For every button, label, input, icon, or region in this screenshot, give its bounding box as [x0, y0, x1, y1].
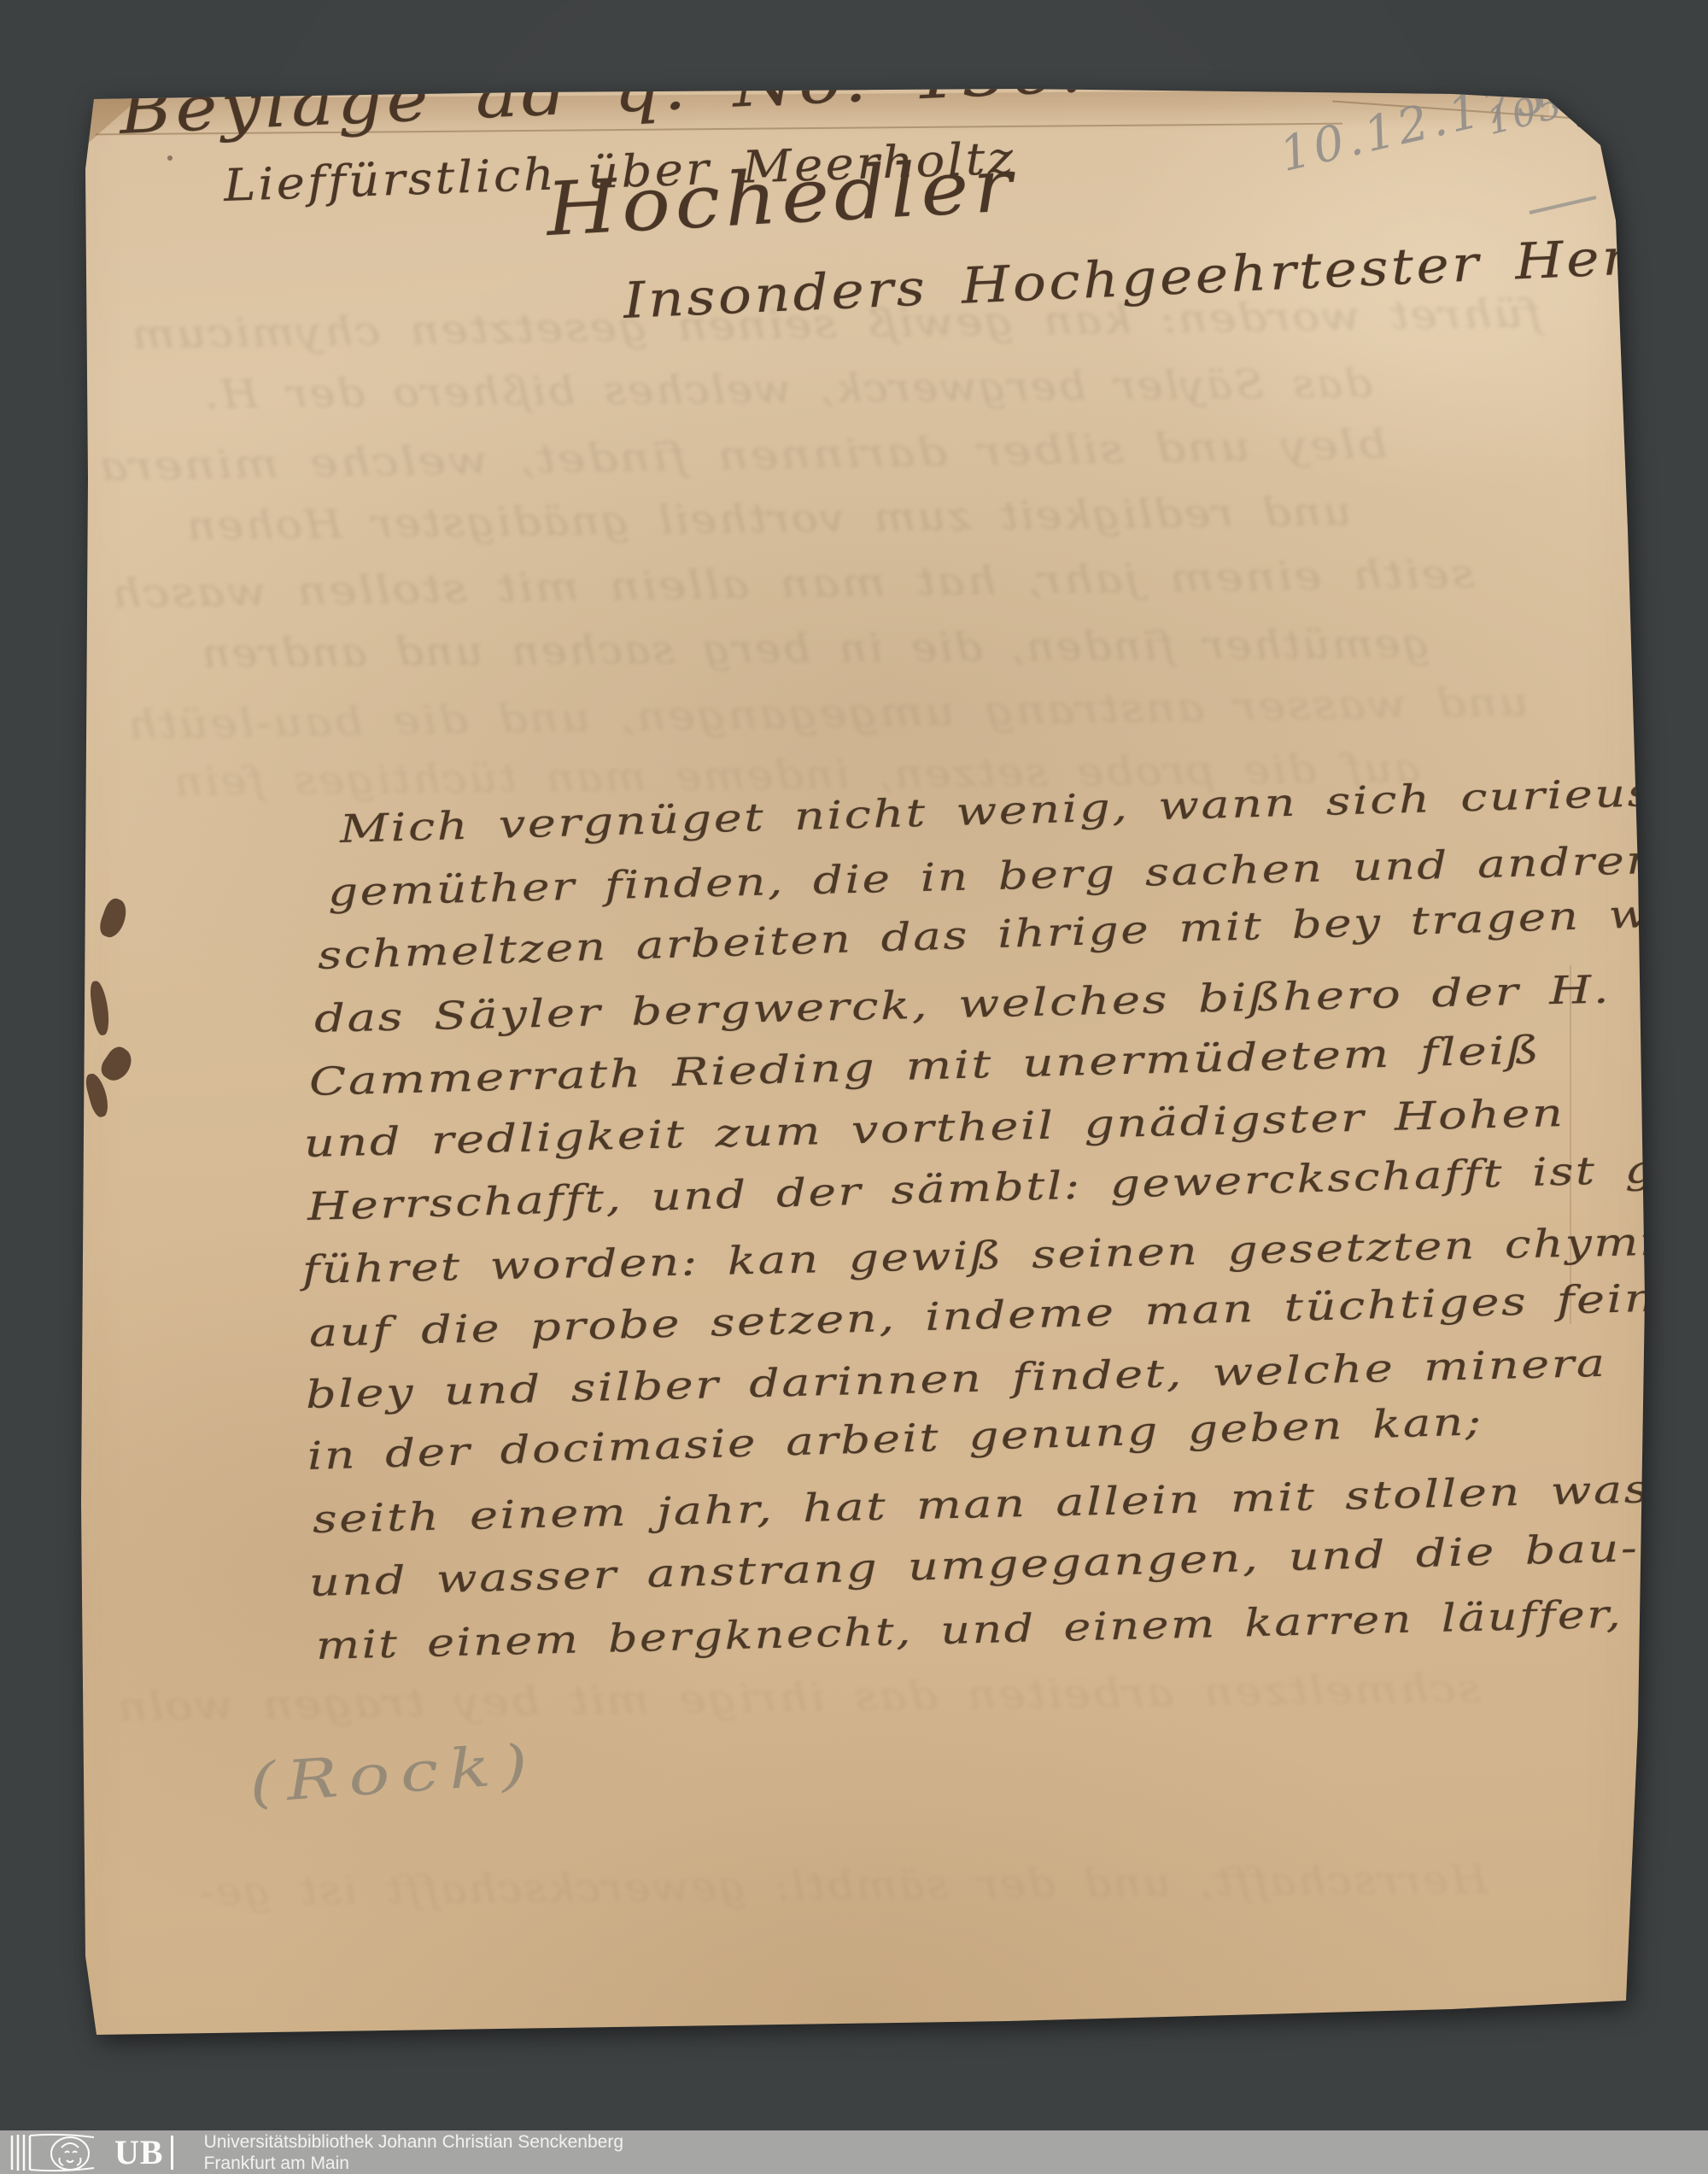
ub-logo-icon — [9, 2132, 111, 2173]
crease-line — [1570, 965, 1571, 1324]
bleedthrough-text: seith einem jahr, hat man allein mit sto… — [109, 550, 1476, 617]
library-name: Universitätsbibliothek Johann Christian … — [204, 2131, 623, 2153]
library-footer-bar: UB Universitätsbibliothek Johann Christi… — [0, 2130, 1708, 2174]
letter-body-line: mit einem bergknecht, und einem karren l… — [315, 1591, 1623, 1668]
bleedthrough-text: gemüther finden, die in berg sachen und … — [200, 620, 1430, 676]
bleedthrough-text: schmeltzen arbeiten das ihrige mit bey t… — [115, 1665, 1481, 1730]
bleedthrough-text: und wasser anstrang umgegangen, und die … — [125, 678, 1529, 747]
bleedthrough-text: das Säyler bergwerck, welches bißhero de… — [203, 360, 1372, 417]
letter-body-line: Cammerrath Rieding mit unermüdetem fleiß — [308, 1027, 1541, 1105]
ink-bleed-mark — [89, 980, 112, 1036]
ub-logo-text: UB — [114, 2136, 164, 2170]
bleedthrough-text: Herrschafft, und der sämbtl: gewerckscha… — [197, 1856, 1489, 1914]
logo-divider — [171, 2136, 173, 2170]
ink-speck — [167, 155, 173, 161]
paper-shadow-wrap: führet worden: kan gewiß seinen gesetzte… — [0, 0, 1708, 2174]
ink-bleed-mark — [97, 1043, 137, 1086]
ink-bleed-mark — [97, 896, 131, 941]
scanned-letter-page: führet worden: kan gewiß seinen gesetzte… — [0, 0, 1708, 2174]
pencil-date-underline — [1530, 196, 1597, 214]
pencil-note-rock: (Rock) — [247, 1732, 540, 1815]
bleedthrough-text: und redligkeit zum vortheil gnädigster H… — [184, 488, 1351, 548]
library-city: Frankfurt am Main — [204, 2153, 623, 2174]
library-attribution: Universitätsbibliothek Johann Christian … — [204, 2131, 623, 2174]
bleedthrough-text: bley und silber darinnen findet, welche … — [97, 421, 1389, 489]
manuscript-paper: führet worden: kan gewiß seinen gesetzte… — [0, 0, 1708, 2174]
library-logo: UB — [9, 2130, 173, 2174]
ink-speck — [1576, 120, 1584, 127]
pencil-date: 10.12.1735 — [1275, 60, 1588, 183]
